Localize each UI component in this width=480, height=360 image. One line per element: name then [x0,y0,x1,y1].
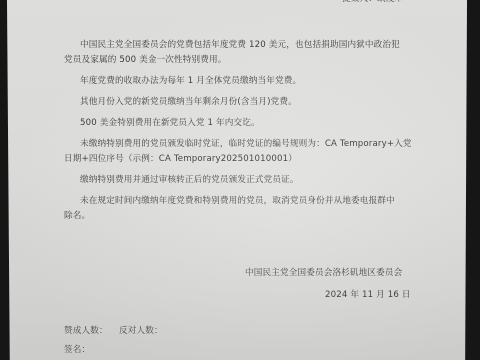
photo-scene: 提案人：欧凌本 中国民主党全国委员会的党费包括年度党费 120 美元，也包括捐助… [0,0,480,360]
signing-date: 2024 年 11 月 16 日 [325,290,411,301]
paragraph-5-line-2: 日期+四位序号（示例：CA Temporary202501010001） [64,154,297,165]
signing-organization: 中国民主党全国委员会洛杉矶地区委员会 [245,268,402,279]
proposer-line: 提案人：欧凌本 [342,0,403,5]
paragraph-6: 缴纳特别费用并通过审核转正后的党员颁发正式党员证。 [80,175,299,186]
paragraph-1-line-2: 党员及家属的 500 美金一次性特别费用。 [64,55,227,66]
paragraph-2: 年度党费的收取办法为每年 1 月全体党员缴纳当年党费。 [80,76,301,87]
approve-count-label: 赞成人数： [64,326,108,337]
paragraph-7-line-1: 未在规定时间内缴纳年度党费和特别费用的党员，取消党员身份并从地委电报群中 [80,196,395,207]
paragraph-3: 其他月份入党的新党员缴纳当年剩余月份(含当月)党费。 [80,97,297,108]
paragraph-7-line-2: 除名。 [64,211,90,222]
paragraph-1-line-1: 中国民主党全国委员会的党费包括年度党费 120 美元，也包括捐助国内狱中政治犯 [80,40,400,51]
paragraph-5-line-1: 未缴纳特别费用的党员颁发临时党证，临时党证的编号规则为：CA Temporary… [80,139,412,150]
paragraph-4: 500 美金特别费用在新党员入党 1 年内交讫。 [80,118,260,129]
against-count-label: 反对人数： [119,326,163,337]
signature-label: 签名： [64,345,90,356]
document-page: 提案人：欧凌本 中国民主党全国委员会的党费包括年度党费 120 美元，也包括捐助… [7,0,467,360]
